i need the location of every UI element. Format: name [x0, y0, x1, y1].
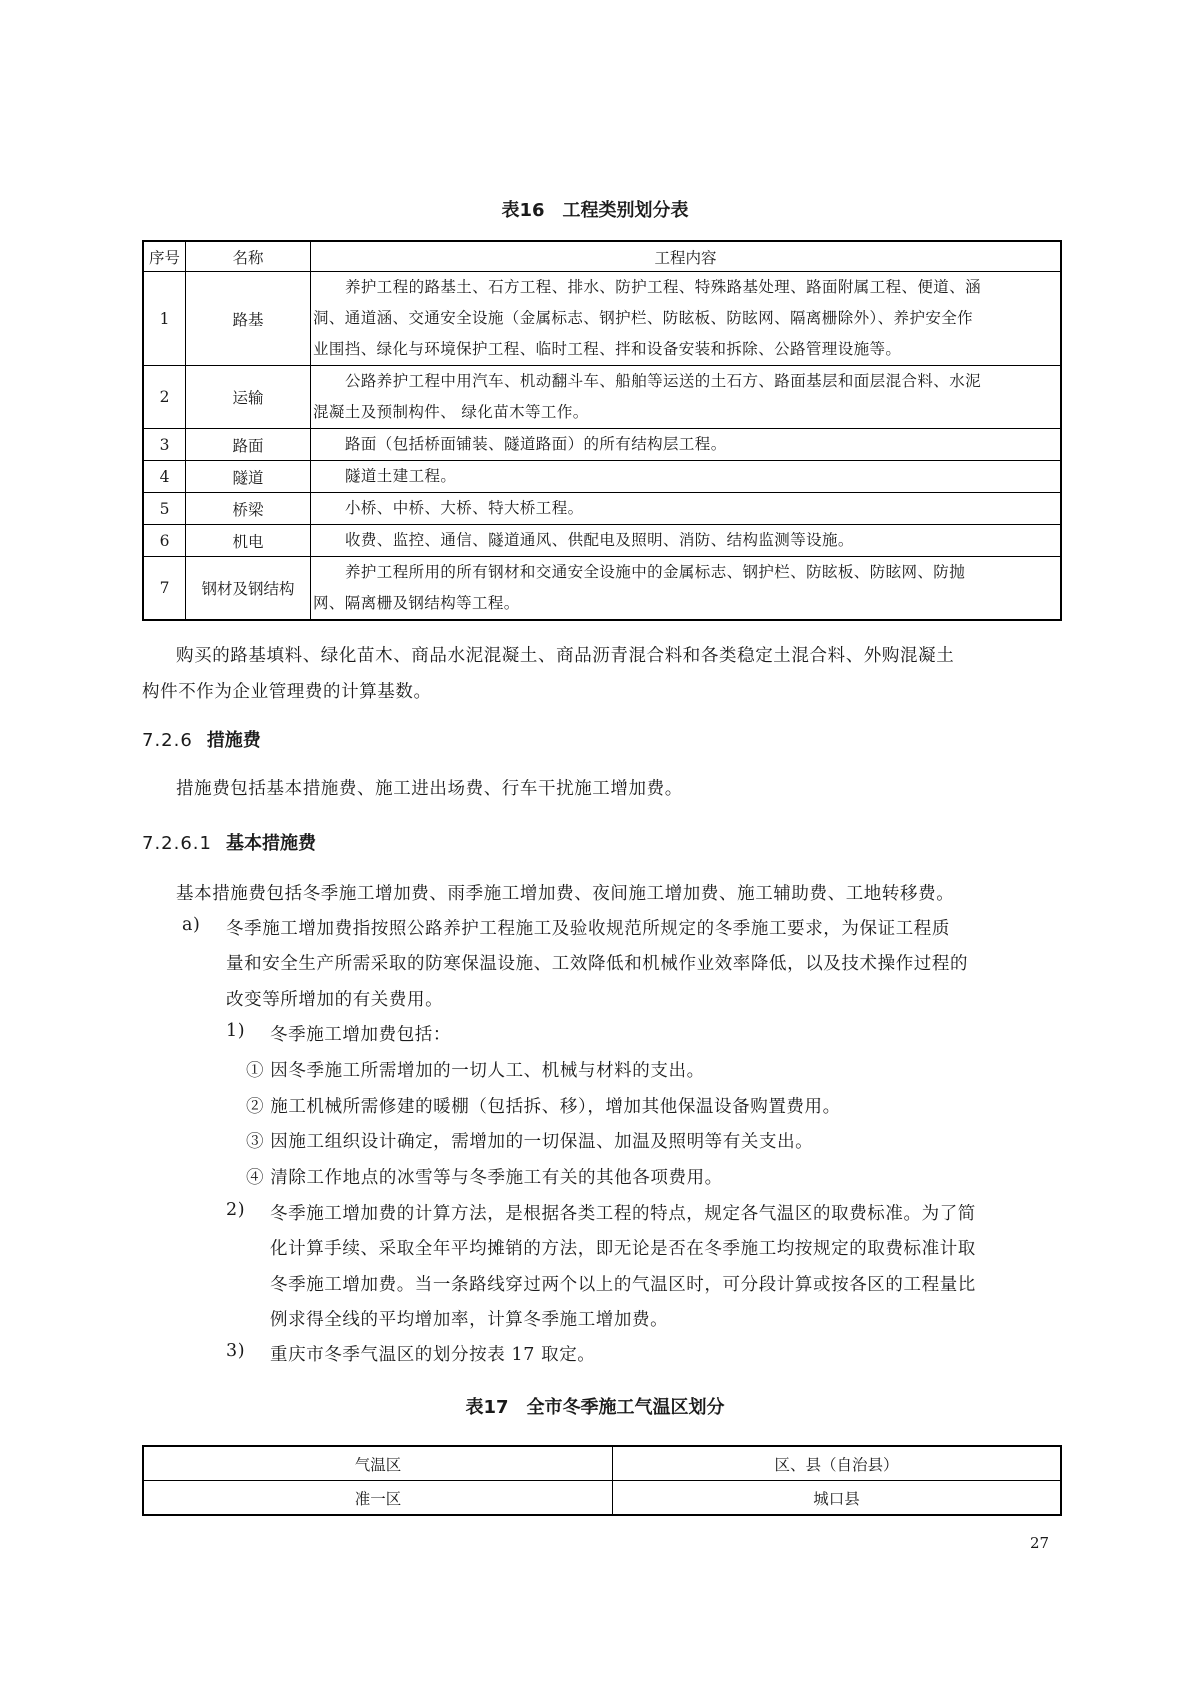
table17-caption: 表17 全市冬季施工气温区划分 — [0, 1393, 1190, 1419]
subitem-1: ① 因冬季施工所需增加的一切人工、机械与材料的支出。 — [246, 1057, 705, 1082]
table-row: 2 运输 公路养护工程中用汽车、机动翻斗车、船舶等运送的土石方、路面基层和面层混… — [143, 366, 1061, 429]
item-1-text: 冬季施工增加费包括： — [270, 1021, 451, 1046]
header-cell-no: 序号 — [143, 241, 186, 272]
subitem-4: ④ 清除工作地点的冰雪等与冬季施工有关的其他各项费用。 — [246, 1164, 723, 1189]
item-2-line: 冬季施工增加费。当一条路线穿过两个以上的气温区时，可分段计算或按各区的工程量比 — [270, 1271, 976, 1296]
row-content: 公路养护工程中用汽车、机动翻斗车、船舶等运送的土石方、路面基层和面层混合料、水泥… — [311, 366, 1062, 429]
row-name: 钢材及钢结构 — [186, 557, 311, 621]
row-no: 4 — [143, 461, 186, 493]
item-2-line: 化计算手续、采取全年平均摊销的方法，即无论是否在冬季施工均按规定的取费标准计取 — [270, 1235, 976, 1260]
cell-zone: 准一区 — [143, 1481, 613, 1516]
table16-engineering-categories: 序号 名称 工程内容 1 路基 养护工程的路基土、石方工程、排水、防护工程、特殊… — [142, 240, 1062, 621]
row-name: 路基 — [186, 272, 311, 366]
row-name: 运输 — [186, 366, 311, 429]
table16-caption: 表16 工程类别划分表 — [0, 196, 1190, 222]
subitem-text: 施工机械所需修建的暖棚（包括拆、移），增加其他保温设备购置费用。 — [270, 1097, 840, 1117]
section-number: 7.2.6.1 — [142, 833, 212, 854]
table-row: 6 机电 收费、监控、通信、隧道通风、供配电及照明、消防、结构监测等设施。 — [143, 525, 1061, 557]
header-cell-content: 工程内容 — [311, 241, 1062, 272]
row-no: 1 — [143, 272, 186, 366]
section-heading-7-2-6: 7.2.6措施费 — [142, 726, 261, 752]
subitem-marker: ① — [246, 1061, 264, 1081]
table-row: 1 路基 养护工程的路基土、石方工程、排水、防护工程、特殊路基处理、路面附属工程… — [143, 272, 1061, 366]
paragraph-basic-measures: 基本措施费包括冬季施工增加费、雨季施工增加费、夜间施工增加费、施工辅助费、工地转… — [176, 880, 954, 905]
header-cell-district: 区、县（自治县） — [613, 1446, 1062, 1481]
content-line: 网、隔离栅及钢结构等工程。 — [313, 588, 1058, 619]
table-row: 7 钢材及钢结构 养护工程所用的所有钢材和交通安全设施中的金属标志、钢护栏、防眩… — [143, 557, 1061, 621]
subitem-text: 因冬季施工所需增加的一切人工、机械与材料的支出。 — [270, 1061, 704, 1081]
content-line: 业围挡、绿化与环境保护工程、临时工程、拌和设备安装和拆除、公路管理设施等。 — [313, 334, 1058, 365]
row-no: 6 — [143, 525, 186, 557]
table-row: 3 路面 路面（包括桥面铺装、隧道路面）的所有结构层工程。 — [143, 429, 1061, 461]
content-line: 混凝土及预制构件、 绿化苗木等工作。 — [313, 397, 1058, 428]
row-content: 养护工程的路基土、石方工程、排水、防护工程、特殊路基处理、路面附属工程、便道、涵… — [311, 272, 1062, 366]
row-content: 路面（包括桥面铺装、隧道路面）的所有结构层工程。 — [311, 429, 1062, 461]
item-3-marker: 3) — [226, 1341, 245, 1361]
content-line: 养护工程的路基土、石方工程、排水、防护工程、特殊路基处理、路面附属工程、便道、涵 — [313, 272, 1058, 303]
table-row: 准一区 城口县 — [143, 1481, 1061, 1516]
content-line: 隧道土建工程。 — [313, 461, 1058, 492]
row-no: 5 — [143, 493, 186, 525]
table-header-row: 气温区 区、县（自治县） — [143, 1446, 1061, 1481]
content-line: 洞、通道涵、交通安全设施（金属标志、钢护栏、防眩板、防眩网、隔离栅除外）、养护安… — [313, 303, 1058, 334]
content-line: 养护工程所用的所有钢材和交通安全设施中的金属标志、钢护栏、防眩板、防眩网、防抛 — [313, 557, 1058, 588]
section-heading-7-2-6-1: 7.2.6.1基本措施费 — [142, 829, 316, 855]
row-content: 小桥、中桥、大桥、特大桥工程。 — [311, 493, 1062, 525]
row-no: 2 — [143, 366, 186, 429]
item-2-line: 冬季施工增加费的计算方法，是根据各类工程的特点，规定各气温区的取费标准。为了简 — [270, 1200, 976, 1225]
item-a-line: 量和安全生产所需采取的防寒保温设施、工效降低和机械作业效率降低，以及技术操作过程… — [226, 950, 968, 975]
table-row: 4 隧道 隧道土建工程。 — [143, 461, 1061, 493]
item-a-line: 冬季施工增加费指按照公路养护工程施工及验收规范所规定的冬季施工要求，为保证工程质 — [226, 915, 950, 940]
row-name: 机电 — [186, 525, 311, 557]
row-name: 桥梁 — [186, 493, 311, 525]
cell-district: 城口县 — [613, 1481, 1062, 1516]
subitem-3: ③ 因施工组织设计确定，需增加的一切保温、加温及照明等有关支出。 — [246, 1128, 813, 1153]
section-title: 措施费 — [207, 730, 261, 751]
row-content: 隧道土建工程。 — [311, 461, 1062, 493]
content-line: 公路养护工程中用汽车、机动翻斗车、船舶等运送的土石方、路面基层和面层混合料、水泥 — [313, 366, 1058, 397]
subitem-marker: ② — [246, 1097, 264, 1117]
section-number: 7.2.6 — [142, 730, 193, 751]
content-line: 路面（包括桥面铺装、隧道路面）的所有结构层工程。 — [313, 429, 1058, 460]
item-3-text: 重庆市冬季气温区的划分按表 17 取定。 — [270, 1341, 595, 1366]
header-cell-name: 名称 — [186, 241, 311, 272]
subitem-text: 清除工作地点的冰雪等与冬季施工有关的其他各项费用。 — [270, 1168, 723, 1188]
table17-winter-temperature-zones: 气温区 区、县（自治县） 准一区 城口县 — [142, 1445, 1062, 1516]
content-line: 收费、监控、通信、隧道通风、供配电及照明、消防、结构监测等设施。 — [313, 525, 1058, 556]
subitem-2: ② 施工机械所需修建的暖棚（包括拆、移），增加其他保温设备购置费用。 — [246, 1093, 841, 1118]
row-content: 收费、监控、通信、隧道通风、供配电及照明、消防、结构监测等设施。 — [311, 525, 1062, 557]
row-name: 隧道 — [186, 461, 311, 493]
paragraph-measures: 措施费包括基本措施费、施工进出场费、行车干扰施工增加费。 — [176, 775, 683, 800]
row-content: 养护工程所用的所有钢材和交通安全设施中的金属标志、钢护栏、防眩板、防眩网、防抛 … — [311, 557, 1062, 621]
item-a-line: 改变等所增加的有关费用。 — [226, 986, 443, 1011]
item-a-marker: a) — [182, 915, 200, 935]
row-no: 7 — [143, 557, 186, 621]
row-name: 路面 — [186, 429, 311, 461]
item-1-marker: 1) — [226, 1021, 245, 1041]
section-title: 基本措施费 — [226, 833, 316, 854]
item-2-marker: 2) — [226, 1200, 245, 1220]
content-line: 小桥、中桥、大桥、特大桥工程。 — [313, 493, 1058, 524]
paragraph-purchase-line1: 购买的路基填料、绿化苗木、商品水泥混凝土、商品沥青混合料和各类稳定土混合料、外购… — [176, 642, 954, 667]
subitem-marker: ④ — [246, 1168, 264, 1188]
item-2-line: 例求得全线的平均增加率，计算冬季施工增加费。 — [270, 1306, 668, 1331]
table-header-row: 序号 名称 工程内容 — [143, 241, 1061, 272]
header-cell-zone: 气温区 — [143, 1446, 613, 1481]
paragraph-purchase-line2: 构件不作为企业管理费的计算基数。 — [142, 678, 432, 703]
row-no: 3 — [143, 429, 186, 461]
table-row: 5 桥梁 小桥、中桥、大桥、特大桥工程。 — [143, 493, 1061, 525]
page-number: 27 — [1030, 1534, 1049, 1552]
subitem-text: 因施工组织设计确定，需增加的一切保温、加温及照明等有关支出。 — [270, 1132, 813, 1152]
subitem-marker: ③ — [246, 1132, 264, 1152]
